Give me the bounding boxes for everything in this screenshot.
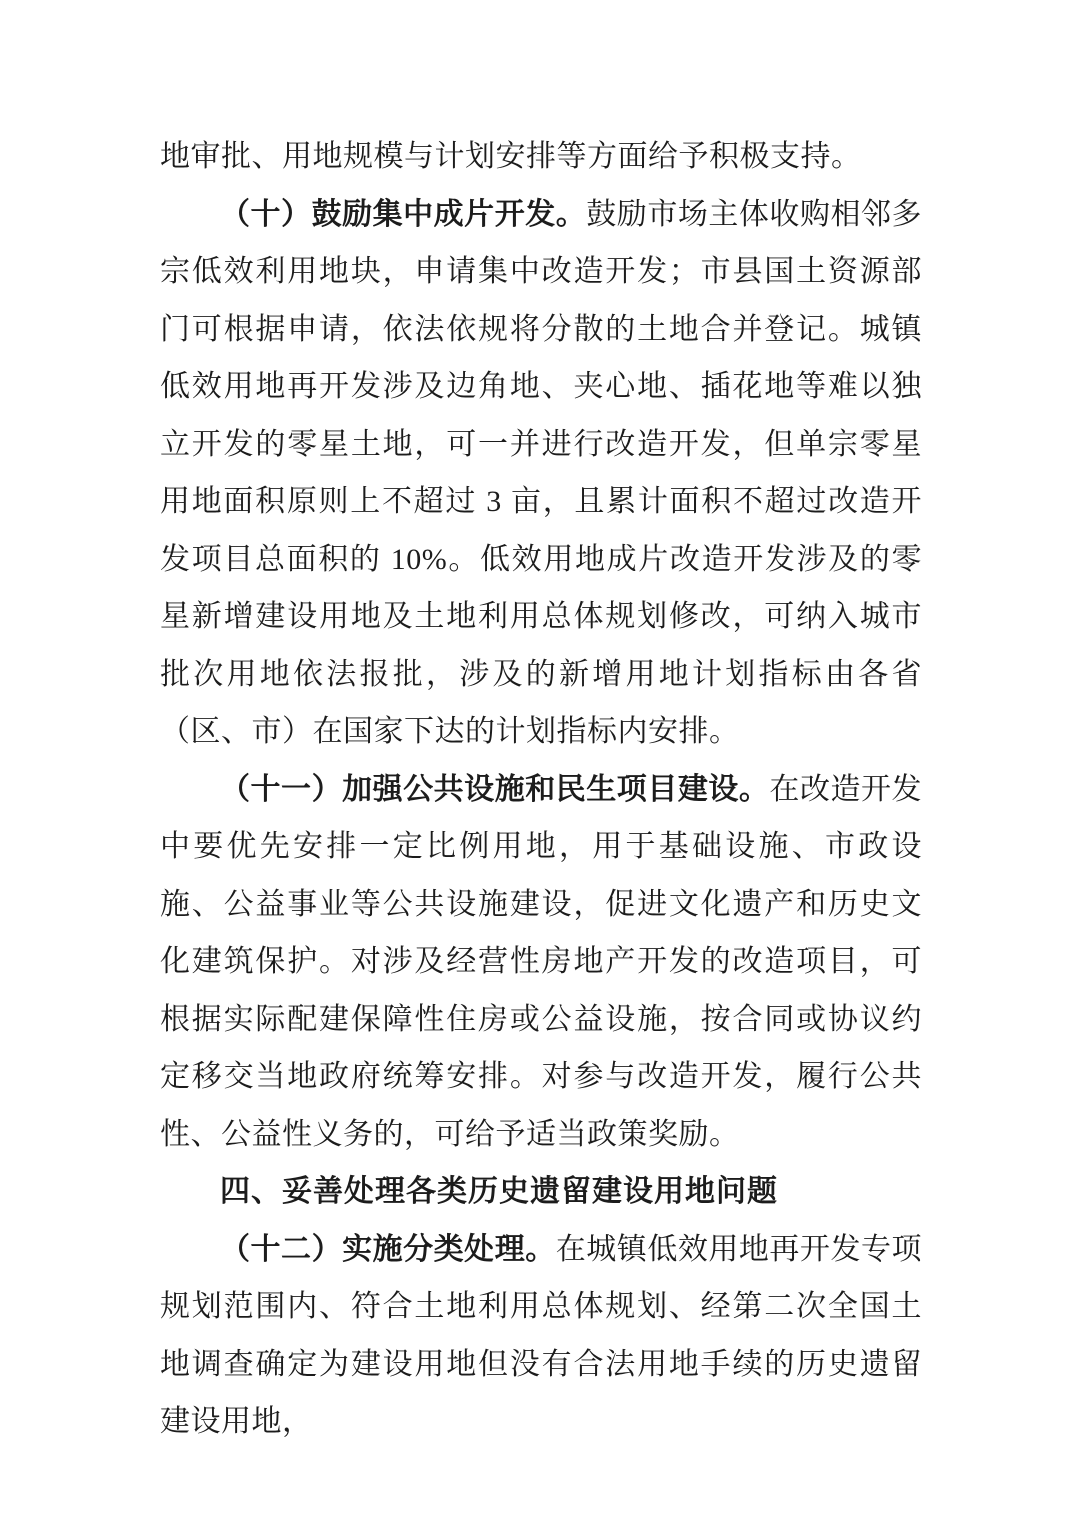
document-text-block: 地审批、用地规模与计划安排等方面给予积极支持。（十）鼓励集中成片开发。鼓励市场主… [160, 128, 922, 1451]
paragraph-text: 在改造开发中要优先安排一定比例用地，用于基础设施、市政设施、公益事业等公共设施建… [160, 773, 922, 1151]
item-lead-title: （十一）加强公共设施和民生项目建设。 [220, 773, 769, 806]
item-lead-title: （十二）实施分类处理。 [220, 1233, 556, 1266]
item-lead-title: （十）鼓励集中成片开发。 [220, 198, 586, 231]
paragraph: （十一）加强公共设施和民生项目建设。在改造开发中要优先安排一定比例用地，用于基础… [160, 761, 922, 1164]
document-page: 地审批、用地规模与计划安排等方面给予积极支持。（十）鼓励集中成片开发。鼓励市场主… [0, 0, 1080, 1527]
paragraph: 地审批、用地规模与计划安排等方面给予积极支持。 [160, 128, 922, 186]
paragraph: （十二）实施分类处理。在城镇低效用地再开发专项规划范围内、符合土地利用总体规划、… [160, 1221, 922, 1451]
paragraph: （十）鼓励集中成片开发。鼓励市场主体收购相邻多宗低效利用地块，申请集中改造开发；… [160, 186, 922, 761]
section-heading: 四、妥善处理各类历史遗留建设用地问题 [160, 1163, 922, 1221]
paragraph-text: 鼓励市场主体收购相邻多宗低效利用地块，申请集中改造开发；市县国土资源部门可根据申… [160, 198, 922, 749]
